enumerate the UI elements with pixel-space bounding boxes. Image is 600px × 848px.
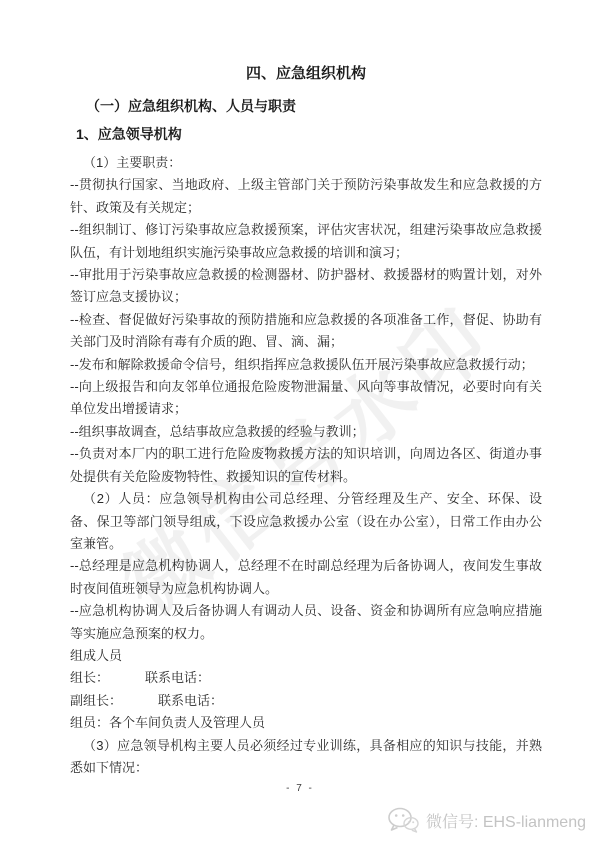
members-line: 组员：各个车间负责人及管理人员 xyxy=(70,715,265,730)
paragraph: --组织事故调查，总结事故应急救援的经验与教训； xyxy=(70,421,542,443)
leader-phone-label: 联系电话： xyxy=(145,670,210,685)
member-row-members: 组员：各个车间负责人及管理人员 xyxy=(70,712,542,734)
paragraph: --发布和解除救援命令信号，组织指挥应急救援队伍开展污染事故应急救援行动； xyxy=(70,354,542,376)
document-content: 四、应急组织机构 （一）应急组织机构、人员与职责 1、应急领导机构 （1）主要职… xyxy=(70,64,542,779)
subsection-heading: 1、应急领导机构 xyxy=(70,124,542,144)
section-heading: （一）应急组织机构、人员与职责 xyxy=(70,96,542,116)
paragraph: （3）应急领导机构主要人员必须经过专业训练，具备相应的知识与技能，并熟悉如下情况… xyxy=(70,735,542,780)
paragraph: 组成人员 xyxy=(70,645,542,667)
deputy-phone-label: 联系电话： xyxy=(158,693,223,708)
member-row-deputy: 副组长：联系电话： xyxy=(70,690,542,712)
paragraph: --贯彻执行国家、当地政府、上级主管部门关于预防污染事故发生和应急救援的方针、政… xyxy=(70,174,542,219)
wechat-label: 微信号: EHS-lianmeng xyxy=(426,809,586,832)
paragraph: --向上级报告和向友邻单位通报危险废物泄漏量、风向等事故情况，必要时向有关单位发… xyxy=(70,376,542,421)
wechat-icon xyxy=(387,806,419,834)
paragraph: --组织制订、修订污染事故应急救援预案，评估灾害状况，组建污染事故应急救援队伍，… xyxy=(70,219,542,264)
paragraph: --审批用于污染事故应急救援的检测器材、防护器材、救援器材的购置计划，对外签订应… xyxy=(70,264,542,309)
wechat-footer: 微信号: EHS-lianmeng xyxy=(387,806,586,834)
leader-label: 组长： xyxy=(70,670,109,685)
paragraph: --总经理是应急机构协调人，总经理不在时副总经理为后备协调人，夜间发生事故时夜间… xyxy=(70,555,542,600)
paragraph: --负责对本厂内的职工进行危险废物救援方法的知识培训，向周边各区、街道办事处提供… xyxy=(70,443,542,488)
document-page: 微信号水印 四、应急组织机构 （一）应急组织机构、人员与职责 1、应急领导机构 … xyxy=(0,0,600,848)
paragraph: --检查、督促做好污染事故的预防措施和应急救援的各项准备工作，督促、协助有关部门… xyxy=(70,309,542,354)
deputy-label: 副组长： xyxy=(70,693,122,708)
member-row-leader: 组长：联系电话： xyxy=(70,667,542,689)
doc-title: 四、应急组织机构 xyxy=(70,64,542,84)
paragraph: （2）人员：应急领导机构由公司总经理、分管经理及生产、安全、环保、设备、保卫等部… xyxy=(70,488,542,555)
paragraph: （1）主要职责： xyxy=(70,152,542,174)
paragraph: --应急机构协调人及后备协调人有调动人员、设备、资金和协调所有应急响应措施等实施… xyxy=(70,600,542,645)
page-number: - 7 - xyxy=(0,783,600,794)
